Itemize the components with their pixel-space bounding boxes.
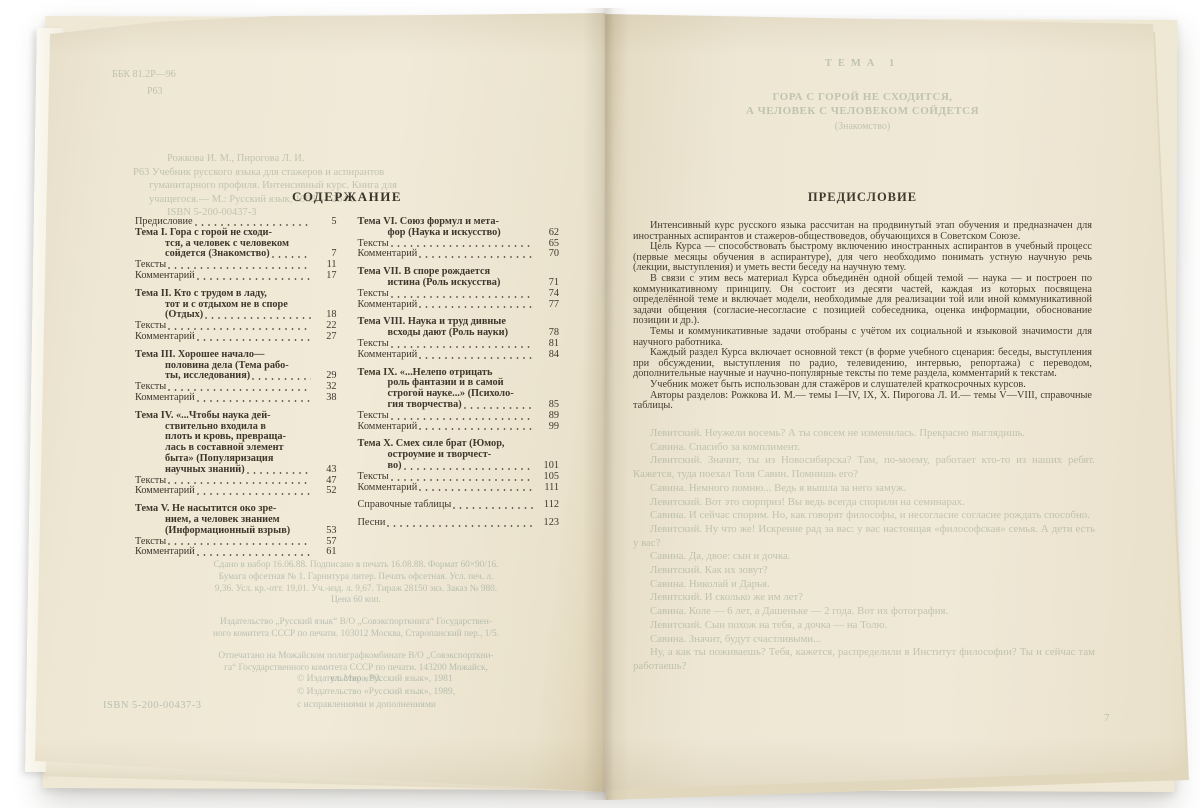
ghost-dialogue-line: Левитский. И сколько же им лет? — [633, 591, 1095, 605]
toc-line: Комментарий17 — [135, 271, 337, 282]
preface-title: ПРЕДИСЛОВИЕ — [633, 190, 1092, 205]
toc-theme-label: Тема VII. — [358, 266, 402, 277]
toc-entry-text: Тема II. Кто с трудом в ладу, — [135, 289, 267, 300]
ghost-dialogue-line: Савина. Спасибо за комплимент. — [633, 441, 1095, 455]
toc-leader — [269, 289, 311, 300]
toc-leader — [275, 454, 310, 465]
ghost-dialogue-line: Савина. Да, двое: сын и дочка. — [633, 550, 1095, 564]
toc-line: Справочные таблицы112 — [358, 500, 560, 511]
toc-page-number: 17 — [313, 271, 337, 282]
ghost-page-number: 7 — [1104, 712, 1110, 724]
toc-line: Комментарий52 — [135, 486, 337, 497]
toc-leader — [419, 300, 533, 311]
ghost-dialogue-line: Савина. Значит, будут счастливыми... — [633, 633, 1095, 647]
preface-paragraph: В связи с этим весь материал Курса объед… — [633, 274, 1092, 327]
ghost-dialogue: Левитский. Неужели восемь? А ты совсем н… — [633, 427, 1095, 674]
ghost-catalog-card: Рожкова И. М., Пирогова Л. И.Р63 Учебник… — [133, 152, 555, 220]
toc-page-number: 123 — [535, 518, 559, 529]
ghost-theme-subtitle: (Знакомство) — [633, 121, 1092, 132]
toc-leader — [502, 278, 533, 289]
toc-title: СОДЕРЖАНИЕ — [135, 189, 559, 205]
toc-line: (Информационный взрыв)53 — [135, 526, 337, 537]
toc-entry-text: тот и с отдыхом не в споре — [135, 300, 288, 311]
ghost-line: с исправлениями и дополнениями — [297, 698, 572, 711]
toc-theme-label: Тема V. — [135, 503, 169, 514]
toc-leader — [266, 350, 310, 361]
toc-theme-label: Тема II. — [135, 288, 171, 299]
ghost-line: Цена 60 коп. — [152, 595, 560, 607]
ghost-theme-header: ТЕМА 1 ГОРА С ГОРОЙ НЕ СХОДИТСЯ, А ЧЕЛОВ… — [633, 58, 1092, 132]
toc-line: Комментарий99 — [358, 422, 560, 433]
ghost-line: 9,36. Усл. кр.-отт. 19,01. Уч.-изд. л. 9… — [152, 584, 560, 596]
toc-leader — [493, 450, 533, 461]
toc-leader — [197, 547, 311, 558]
toc-page-number: 74 — [535, 289, 559, 300]
ghost-bbk-stamp: ББК 81.2Р—96Р63 — [112, 66, 176, 100]
ghost-dialogue-line: Савина. Коле — 6 лет, а Дашеньке — 2 год… — [633, 605, 1095, 619]
toc-leader — [197, 486, 311, 497]
ghost-line: ББК 81.2Р—96 — [112, 66, 176, 83]
toc-columns: Предисловие5Тема I. Гора с горой не сход… — [135, 217, 559, 558]
toc-entry-text: (Информационный взрыв) — [135, 526, 290, 537]
toc-page-number: 43 — [313, 465, 337, 476]
toc-line: Песни123 — [358, 518, 560, 529]
toc-page-number: 27 — [313, 332, 337, 343]
ghost-line: Издательство „Русский язык“ В/О „Совэксп… — [152, 617, 560, 629]
ghost-dialogue-line: Левитский. Неужели восемь? А ты совсем н… — [633, 427, 1095, 441]
toc-entry-text: Комментарий — [358, 483, 418, 494]
toc-page-number: 62 — [535, 228, 559, 239]
ghost-dialogue-line: Савина. Немного помню... Ведь я вышла за… — [633, 482, 1095, 496]
toc-leader — [247, 465, 311, 476]
toc-theme-label: Тема I. — [135, 227, 167, 238]
toc-line: Тексты74 — [358, 289, 560, 300]
toc-page-number: 52 — [313, 486, 337, 497]
ghost-dialogue-line: Левитский. Ну что же! Искренне рад за ва… — [633, 523, 1095, 550]
toc-theme-label: Тема VIII. — [358, 316, 406, 327]
toc-line: Тема III. Хорошее начало— — [135, 350, 337, 361]
preface-paragraph: Цель Курса — способствовать быстрому вкл… — [633, 242, 1092, 274]
toc-entry-text: Комментарий — [358, 350, 418, 361]
toc-theme-label: Тема IX. — [358, 367, 398, 378]
toc-leader — [516, 389, 533, 400]
book-photo-backdrop: ББК 81.2Р—96Р63 Рожкова И. М., Пирогова … — [0, 0, 1200, 808]
ghost-dialogue-line: Левитский. Как их зовут? — [633, 564, 1095, 578]
toc-entry-text: остроумие и творчест- — [358, 450, 492, 461]
toc-theme-label: Тема III. — [135, 349, 175, 360]
toc-page-number: 84 — [535, 350, 559, 361]
toc-leader — [274, 228, 311, 239]
preface-paragraph: Авторы разделов: Рожкова И. М.— темы I—I… — [633, 391, 1092, 412]
toc-leader — [501, 217, 533, 228]
toc-leader — [419, 422, 533, 433]
ghost-isbn: ISBN 5-200-00437-3 — [103, 700, 202, 711]
toc-entry-text: научных знаний) — [135, 465, 245, 476]
toc-leader — [197, 271, 311, 282]
toc-line: Тексты105 — [358, 472, 560, 483]
ghost-imprint-block: Издательство „Русский язык“ В/О „Совэксп… — [152, 617, 560, 641]
ghost-dialogue-line: Левитский. Значит, ты из Новосибирска? Т… — [633, 454, 1095, 481]
ghost-dialogue-line: Савина. И сейчас спорим. Но, как говорят… — [633, 509, 1095, 523]
toc-leader — [288, 432, 311, 443]
ghost-imprint-block: Сдано в набор 16.06.88. Подписано в печа… — [152, 560, 560, 607]
toc-line: Комментарий27 — [135, 332, 337, 343]
ghost-line: © Издательство «Русский язык», 1989, — [297, 685, 572, 698]
preface-paragraph: Темы и коммуникативные задачи отобраны с… — [633, 327, 1092, 348]
toc-leader — [278, 504, 310, 515]
toc-line: Тексты89 — [358, 411, 560, 422]
toc-entry-text: Комментарий — [135, 547, 195, 558]
ghost-dialogue-line: Левитский. Сын похож на тебя, а дочка — … — [633, 619, 1095, 633]
toc-leader — [464, 400, 533, 411]
toc-leader — [508, 317, 533, 328]
toc-entry-text: Комментарий — [358, 422, 418, 433]
toc-leader — [503, 228, 533, 239]
toc-entry-text: Тексты — [358, 411, 389, 422]
toc-leader — [404, 461, 533, 472]
toc-entry-text: фор (Наука и искусство) — [358, 228, 501, 239]
ghost-dialogue-line: Савина. Николай и Дарья. — [633, 578, 1095, 592]
ghost-theme-title-line1: ГОРА С ГОРОЙ НЕ СХОДИТСЯ, — [633, 91, 1092, 105]
toc-leader — [453, 500, 533, 511]
ghost-line: Р63 Учебник русского языка для стажеров … — [133, 166, 555, 180]
toc-entry-text: Комментарий — [135, 486, 195, 497]
ghost-line: Рожкова И. М., Пирогова Л. И. — [133, 152, 555, 166]
toc-leader — [291, 361, 311, 372]
toc-page-number: 38 — [313, 393, 337, 404]
ghost-line: Бумага офсетная № 1. Гарнитура литер. Пе… — [152, 572, 560, 584]
toc-page-number: 61 — [313, 547, 337, 558]
ghost-copyright: © Издательство «Русский язык», 1981© Изд… — [297, 672, 572, 711]
ghost-dialogue-line: Ну, а как ты поживаешь? Тебя, кажется, р… — [633, 646, 1095, 673]
toc-leader — [419, 249, 533, 260]
toc-line: Тема II. Кто с трудом в ладу, — [135, 289, 337, 300]
ghost-line: ного комитета СССР по печати. 103012 Мос… — [152, 629, 560, 641]
toc-entry-text: Комментарий — [135, 332, 195, 343]
toc-theme-label: Тема VI. — [358, 216, 398, 227]
toc-leader — [252, 371, 310, 382]
toc-page-number: 5 — [313, 217, 337, 228]
toc-page-number: 53 — [313, 526, 337, 537]
toc-page-number: 105 — [535, 472, 559, 483]
toc-leader — [197, 332, 311, 343]
toc-theme-label: Тема IV. — [135, 410, 173, 421]
toc-leader — [419, 483, 533, 494]
ghost-theme-title-line2: А ЧЕЛОВЕК С ЧЕЛОВЕКОМ СОЙДЕТСЯ — [633, 105, 1092, 119]
toc-column-1: Предисловие5Тема I. Гора с горой не сход… — [135, 217, 337, 558]
toc-entry-text: Комментарий — [358, 249, 418, 260]
toc-leader — [291, 239, 311, 250]
preface-paragraph: Учебник может быть использован для стажё… — [633, 380, 1092, 391]
toc-entry-text: Тема I. Гора с горой не сходи- — [135, 228, 272, 239]
toc-leader — [290, 300, 311, 311]
toc-line: Комментарий61 — [135, 547, 337, 558]
toc-entry-text: Комментарий — [135, 393, 195, 404]
toc-leader — [205, 310, 310, 321]
toc-page-number: 111 — [535, 483, 559, 494]
toc-leader — [286, 443, 311, 454]
toc-page-number: 70 — [535, 249, 559, 260]
toc-leader — [272, 249, 311, 260]
ghost-dialogue-line: Левитский. Вот это сюрприз! Вы ведь всег… — [633, 496, 1095, 510]
toc-line: Комментарий70 — [358, 249, 560, 260]
toc-entry-text: Справочные таблицы — [358, 500, 452, 511]
toc-page-number: 112 — [535, 500, 559, 511]
toc-line: Тема IV. «...Чтобы наука дей- — [135, 411, 337, 422]
ghost-theme-kicker: ТЕМА 1 — [633, 58, 1092, 69]
preface-paragraph: Каждый раздел Курса включает основной те… — [633, 348, 1092, 380]
ghost-line: Сдано в набор 16.06.88. Подписано в печа… — [152, 560, 560, 572]
ghost-line: Р63 — [112, 83, 176, 100]
toc-line: фор (Наука и искусство)62 — [358, 228, 560, 239]
toc-line: Тема I. Гора с горой не сходи- — [135, 228, 337, 239]
toc-line: Комментарий77 — [358, 300, 560, 311]
toc-entry-text: Тема III. Хорошее начало— — [135, 350, 264, 361]
toc-leader — [510, 328, 533, 339]
toc-page-number: 77 — [535, 300, 559, 311]
ghost-line: © Издательство «Русский язык», 1981 — [297, 672, 572, 685]
ghost-line: Отпечатано на Можайском полиграфкомбинат… — [152, 651, 560, 663]
toc-entry-text: Тема IV. «...Чтобы наука дей- — [135, 411, 271, 422]
toc-leader — [507, 439, 533, 450]
toc-page-number: 89 — [535, 411, 559, 422]
toc-entry-text: Тексты — [358, 289, 389, 300]
toc-entry-text: Комментарий — [135, 271, 195, 282]
toc-page-number: 99 — [535, 422, 559, 433]
toc-leader — [391, 289, 533, 300]
preface-paragraph: Интенсивный курс русского языка рассчита… — [633, 221, 1092, 242]
toc-leader — [391, 472, 533, 483]
toc-leader — [292, 526, 310, 537]
toc-theme-label: Тема X. — [358, 438, 394, 449]
preface-body: Интенсивный курс русского языка рассчита… — [633, 221, 1092, 412]
toc-leader — [419, 350, 533, 361]
toc-column-2: Тема VI. Союз формул и мета-фор (Наука и… — [358, 217, 560, 558]
toc-leader — [273, 411, 311, 422]
toc-leader — [197, 393, 311, 404]
toc-leader — [387, 518, 533, 529]
toc-line: Комментарий38 — [135, 393, 337, 404]
toc-line: научных знаний)43 — [135, 465, 337, 476]
toc-line: Комментарий111 — [358, 483, 560, 494]
toc-entry-text: Тексты — [358, 472, 389, 483]
toc-leader — [391, 411, 533, 422]
toc-entry-text: Песни — [358, 518, 386, 529]
toc-entry-text: Комментарий — [358, 300, 418, 311]
toc-line: Комментарий84 — [358, 350, 560, 361]
